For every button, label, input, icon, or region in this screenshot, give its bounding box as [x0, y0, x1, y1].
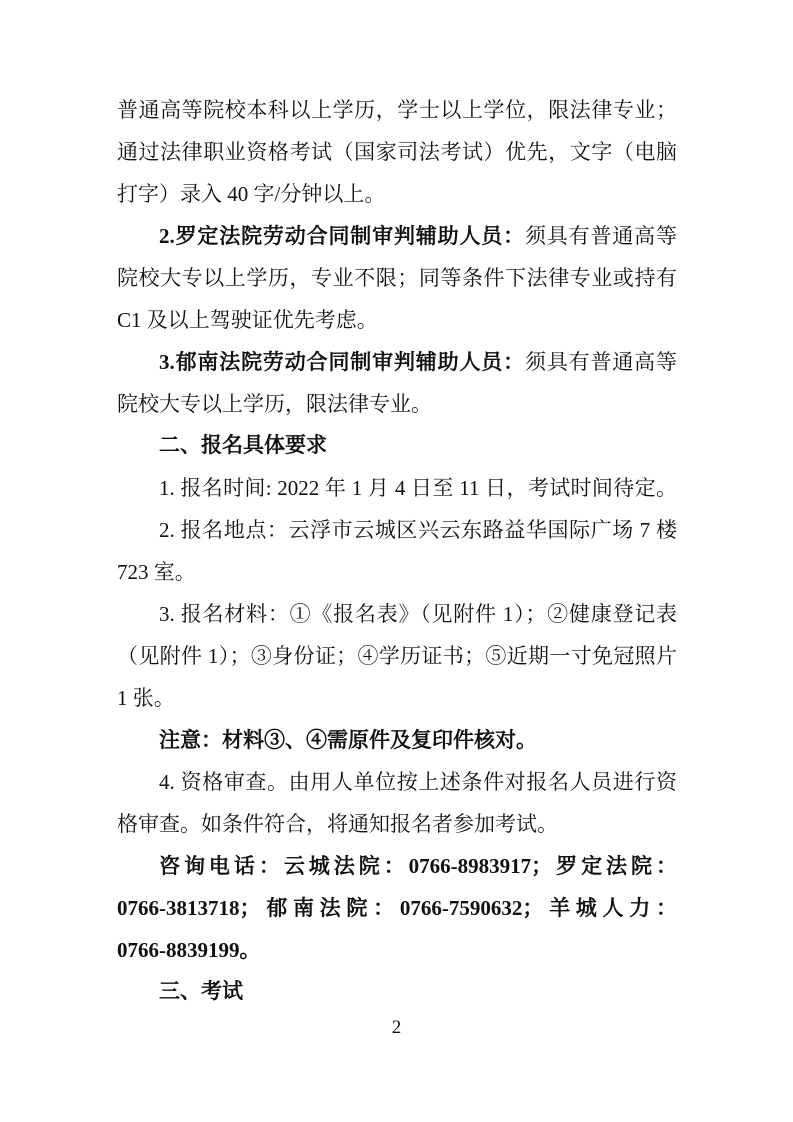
- text-segment: 3. 报名材料：①《报名表》（见附件 1）；②健康登记表: [159, 602, 677, 626]
- text-segment: 0766-8839199。: [117, 938, 261, 962]
- text-segment: 注意：材料③、④需原件及复印件核对。: [159, 728, 537, 752]
- text-line: 咨询电话：云城法院：0766-8983917；罗定法院：: [117, 845, 677, 887]
- text-segment: 普通高等院校本科以上学历，学士以上学位，限法律专业；: [117, 98, 677, 122]
- text-segment: C1 及以上驾驶证优先考虑。: [117, 308, 378, 332]
- text-line: 注意：材料③、④需原件及复印件核对。: [117, 719, 677, 761]
- document-body: 普通高等院校本科以上学历，学士以上学位，限法律专业；通过法律职业资格考试（国家司…: [117, 89, 677, 1013]
- text-segment: 0766-3813718；郁南法院：0766-7590632；羊城人力：: [117, 896, 677, 920]
- text-segment: 通过法律职业资格考试（国家司法考试）优先，文字（电脑: [117, 140, 677, 164]
- section-heading: 三、考试: [117, 971, 677, 1013]
- text-line: 3. 报名材料：①《报名表》（见附件 1）；②健康登记表: [117, 593, 677, 635]
- text-segment: 三、考试: [159, 980, 243, 1003]
- text-segment: 2.罗定法院劳动合同制审判辅助人员：: [159, 224, 525, 248]
- text-line: 2.罗定法院劳动合同制审判辅助人员：须具有普通高等: [117, 215, 677, 257]
- text-segment: 3.郁南法院劳动合同制审判辅助人员：: [159, 350, 525, 374]
- document-page: 普通高等院校本科以上学历，学士以上学位，限法律专业；通过法律职业资格考试（国家司…: [0, 0, 793, 1122]
- text-segment: 723 室。: [117, 560, 196, 584]
- text-line: 普通高等院校本科以上学历，学士以上学位，限法律专业；: [117, 89, 677, 131]
- text-line: 打字）录入 40 字/分钟以上。: [117, 173, 677, 215]
- text-segment: 须具有普通高等: [525, 224, 677, 248]
- section-heading: 二、报名具体要求: [117, 425, 677, 467]
- text-line: 院校大专以上学历，专业不限；同等条件下法律专业或持有: [117, 257, 677, 299]
- text-line: （见附件 1）；③身份证；④学历证书；⑤近期一寸免冠照片: [117, 635, 677, 677]
- text-segment: 打字）录入 40 字/分钟以上。: [117, 182, 385, 206]
- text-line: 3.郁南法院劳动合同制审判辅助人员：须具有普通高等: [117, 341, 677, 383]
- page-number: 2: [0, 1014, 793, 1042]
- text-segment: （见附件 1）；③身份证；④学历证书；⑤近期一寸免冠照片: [117, 644, 677, 668]
- text-line: 4. 资格审查。由用人单位按上述条件对报名人员进行资: [117, 761, 677, 803]
- text-segment: 咨询电话：云城法院：0766-8983917；罗定法院：: [159, 854, 677, 878]
- text-segment: 院校大专以上学历，限法律专业。: [117, 392, 432, 416]
- text-line: 1. 报名时间: 2022 年 1 月 4 日至 11 日，考试时间待定。: [117, 467, 677, 509]
- text-segment: 4. 资格审查。由用人单位按上述条件对报名人员进行资: [159, 770, 677, 794]
- text-line: 院校大专以上学历，限法律专业。: [117, 383, 677, 425]
- text-line: C1 及以上驾驶证优先考虑。: [117, 299, 677, 341]
- text-segment: 1. 报名时间: 2022 年 1 月 4 日至 11 日，考试时间待定。: [159, 476, 677, 500]
- text-segment: 院校大专以上学历，专业不限；同等条件下法律专业或持有: [117, 266, 677, 290]
- text-line: 723 室。: [117, 551, 677, 593]
- text-line: 1 张。: [117, 677, 677, 719]
- text-segment: 2. 报名地点：云浮市云城区兴云东路益华国际广场 7 楼: [159, 518, 677, 542]
- text-segment: 须具有普通高等: [525, 350, 677, 374]
- text-line: 0766-8839199。: [117, 929, 677, 971]
- text-line: 格审查。如条件符合，将通知报名者参加考试。: [117, 803, 677, 845]
- text-segment: 二、报名具体要求: [159, 434, 327, 457]
- text-segment: 格审查。如条件符合，将通知报名者参加考试。: [117, 812, 558, 836]
- text-line: 通过法律职业资格考试（国家司法考试）优先，文字（电脑: [117, 131, 677, 173]
- text-line: 0766-3813718；郁南法院：0766-7590632；羊城人力：: [117, 887, 677, 929]
- text-line: 2. 报名地点：云浮市云城区兴云东路益华国际广场 7 楼: [117, 509, 677, 551]
- text-segment: 1 张。: [117, 686, 175, 710]
